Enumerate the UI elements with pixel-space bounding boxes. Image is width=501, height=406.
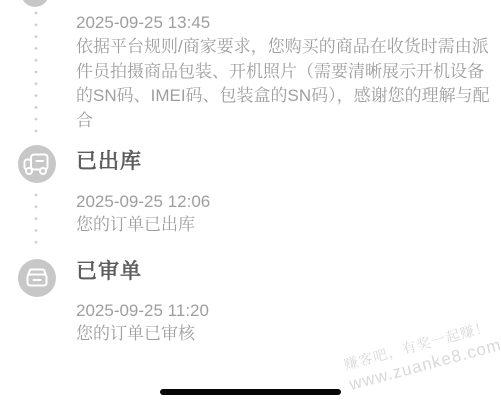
event-timestamp: 2025-09-25 11:20 <box>76 299 209 324</box>
timeline-node-shipped <box>18 145 56 183</box>
home-indicator-bar[interactable] <box>160 389 341 395</box>
event-timestamp: 2025-09-25 13:45 <box>76 11 210 36</box>
order-tracking-screen: 2025-09-25 13:45 依据平台规则/商家要求，您购买的商品在收货时需… <box>0 0 501 406</box>
notice-line: 合 <box>76 109 496 134</box>
event-timestamp: 2025-09-25 12:06 <box>76 190 210 215</box>
timeline-dotted-line <box>33 11 39 139</box>
archive-box-icon <box>18 259 56 297</box>
timeline-dotted-line <box>33 193 39 252</box>
site-watermark: 赚客吧，有奖一起赚！ www.zuanke8.com <box>342 306 501 396</box>
event-title-reviewed: 已审单 <box>76 260 142 284</box>
timeline-node-reviewed <box>18 259 56 297</box>
notice-line: 件员拍摄商品包装、开机照片（需要清晰展示开机设备 <box>76 60 496 85</box>
watermark-slogan: 赚客吧，有奖一起赚！ <box>342 306 501 374</box>
notice-paragraph: 依据平台规则/商家要求，您购买的商品在收货时需由派 件员拍摄商品包装、开机照片（… <box>76 35 496 133</box>
event-title-shipped: 已出库 <box>76 150 142 174</box>
delivery-truck-icon <box>18 145 56 183</box>
event-message: 您的订单已出库 <box>76 213 195 238</box>
notice-line: 依据平台规则/商家要求，您购买的商品在收货时需由派 <box>76 35 496 60</box>
notice-line: 的SN码、IMEI码、包装盒的SN码），感谢您的理解与配 <box>76 84 496 109</box>
watermark-url: www.zuanke8.com <box>347 325 501 395</box>
timeline-node-partial <box>21 0 49 7</box>
event-message: 您的订单已审核 <box>76 322 195 347</box>
